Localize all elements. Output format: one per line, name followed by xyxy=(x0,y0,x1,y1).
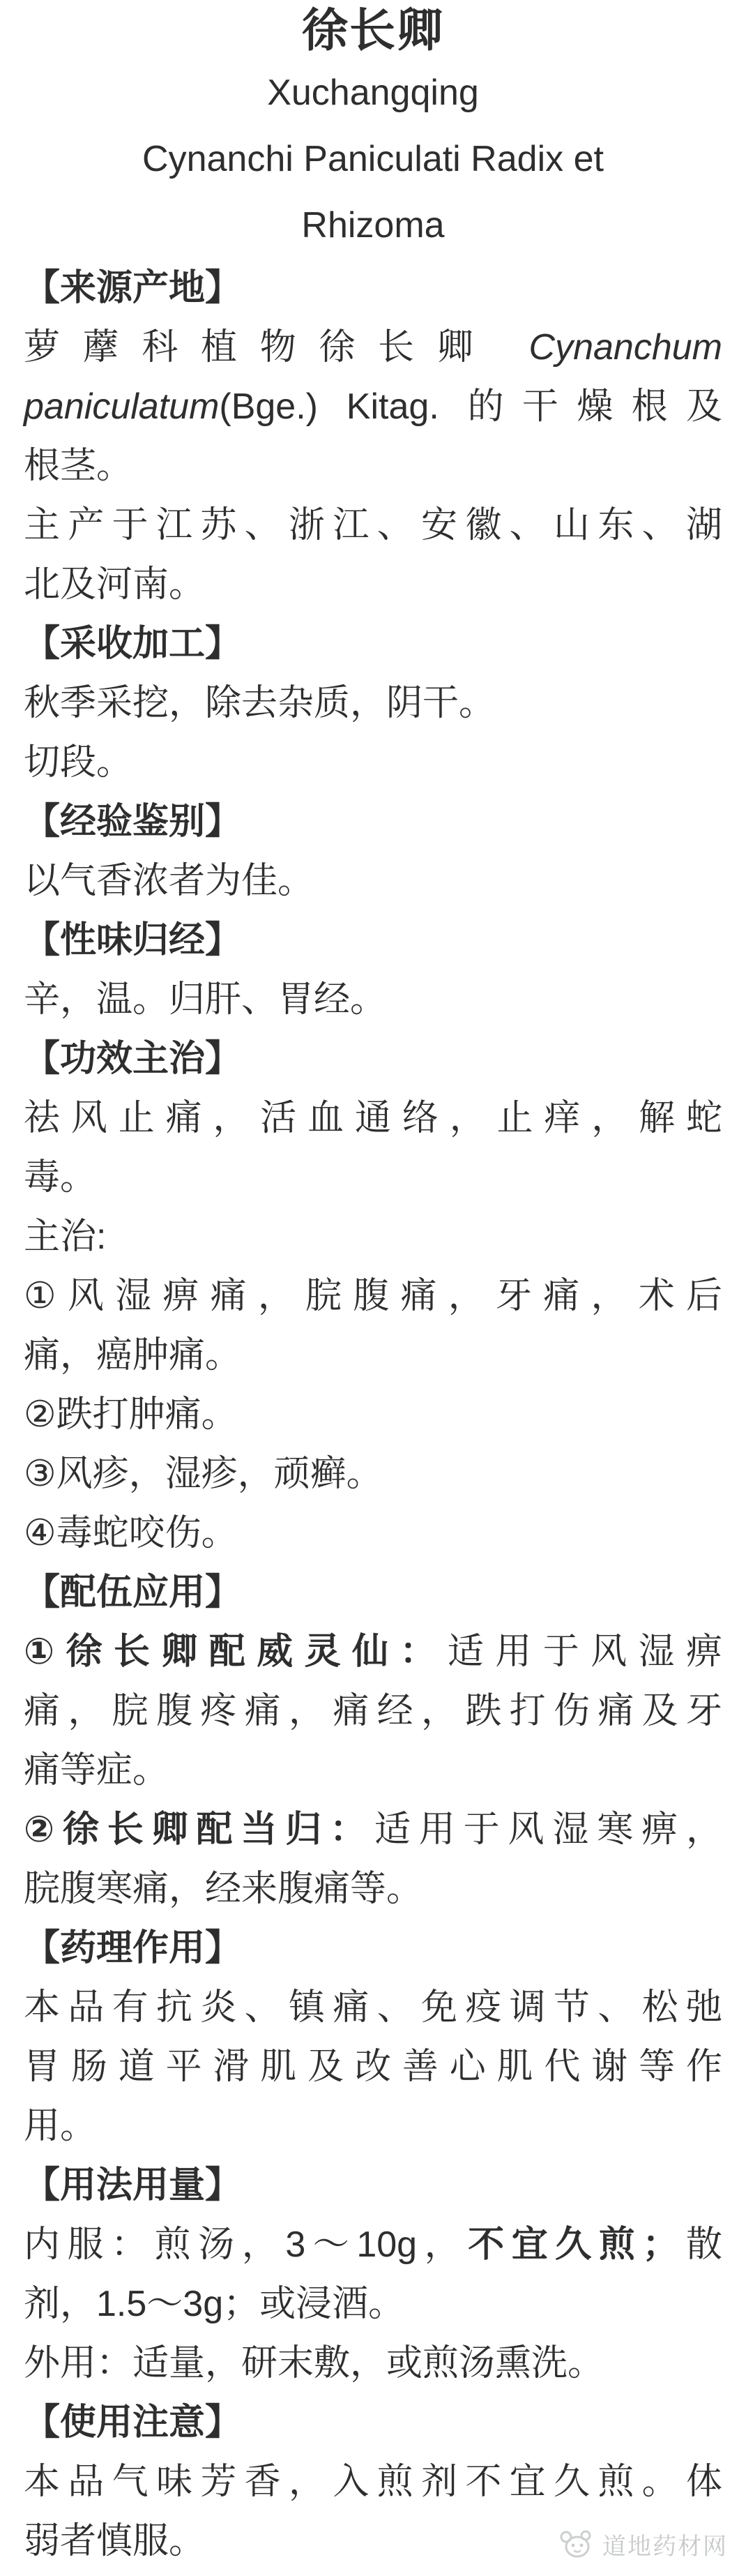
text-line: 痛等症。 xyxy=(24,1741,722,1800)
text-segment: 切段。 xyxy=(24,742,132,783)
document-page: 徐长卿 Xuchangqing Cynanchi Paniculati Radi… xyxy=(0,0,746,2576)
text-segment: 外用：适量，研末敷，或煎汤熏洗。 xyxy=(24,2343,604,2383)
text-segment: 内服：煎汤，3～10g， xyxy=(24,2224,468,2265)
bold-text-segment: 【功效主治】 xyxy=(24,1039,241,1079)
text-segment: 辛，温。归肝、胃经。 xyxy=(24,979,386,1020)
text-line: ②徐长卿配当归：适用于风湿寒痹， xyxy=(24,1800,722,1860)
text-line: 【性味归经】 xyxy=(24,911,722,970)
text-line: 祛风止痛，活血通络，止痒，解蛇 xyxy=(24,1089,722,1148)
text-line: 根茎。 xyxy=(24,437,722,496)
text-line: 痛，脘腹疼痛，痛经，跌打伤痛及牙 xyxy=(24,1682,722,1741)
italic-text-segment: paniculatum xyxy=(24,386,219,427)
text-segment: 剂，1.5～3g；或浸酒。 xyxy=(24,2284,404,2324)
text-line: 【功效主治】 xyxy=(24,1030,722,1089)
page-title: 徐长卿 xyxy=(24,0,722,60)
text-line: 主产于江苏、浙江、安徽、山东、湖 xyxy=(24,496,722,555)
text-line: ①徐长卿配威灵仙：适用于风湿痹 xyxy=(24,1622,722,1682)
watermark-text: 道地药材网 xyxy=(602,2527,728,2561)
text-line: 脘腹寒痛，经来腹痛等。 xyxy=(24,1860,722,1919)
text-line: 以气香浓者为佳。 xyxy=(24,852,722,911)
bold-text-segment: ②徐长卿配当归： xyxy=(24,1809,374,1850)
text-segment: 毒。 xyxy=(24,1157,96,1198)
text-line: ①风湿痹痛，脘腹痛，牙痛，术后 xyxy=(24,1267,722,1326)
latin-name-line-2: Rhizoma xyxy=(24,193,722,259)
text-line: 内服：煎汤，3～10g，不宜久煎；散 xyxy=(24,2215,722,2275)
text-line: 胃肠道平滑肌及改善心肌代谢等作 xyxy=(24,2038,722,2097)
text-segment: 北及河南。 xyxy=(24,564,205,605)
text-line: 【来源产地】 xyxy=(24,259,722,318)
bold-text-segment: 【经验鉴别】 xyxy=(24,801,241,842)
text-segment: (Bge.) Kitag. 的干燥根及 xyxy=(219,386,722,427)
text-segment: ②跌打肿痛。 xyxy=(24,1394,238,1435)
text-segment: 主产于江苏、浙江、安徽、山东、湖 xyxy=(24,505,722,545)
text-line: 痛，癌肿痛。 xyxy=(24,1326,722,1385)
text-segment: 适用于风湿痹 xyxy=(448,1632,722,1672)
text-line: 【药理作用】 xyxy=(24,1919,722,1978)
text-line: 【配伍应用】 xyxy=(24,1563,722,1622)
text-segment: 用。 xyxy=(24,2106,96,2146)
text-segment: 祛风止痛，活血通络，止痒，解蛇 xyxy=(24,1098,722,1138)
text-segment: 秋季采挖，除去杂质，阴干。 xyxy=(24,683,495,723)
text-line: 辛，温。归肝、胃经。 xyxy=(24,970,722,1030)
bold-text-segment: 【使用注意】 xyxy=(24,2402,241,2443)
text-line: 外用：适量，研末敷，或煎汤熏洗。 xyxy=(24,2334,722,2393)
text-line: 主治: xyxy=(24,1207,722,1267)
text-segment: 萝藦科植物徐长卿 xyxy=(24,327,529,368)
text-line: 萝藦科植物徐长卿 Cynanchum xyxy=(24,318,722,377)
text-segment: ①风湿痹痛，脘腹痛，牙痛，术后 xyxy=(24,1276,722,1316)
italic-text-segment: Cynanchum xyxy=(529,327,722,368)
text-segment: 根茎。 xyxy=(24,446,132,486)
text-line: 【用法用量】 xyxy=(24,2156,722,2215)
latin-name-line-1: Cynanchi Paniculati Radix et xyxy=(24,126,722,193)
text-line: ③风疹，湿疹，顽癣。 xyxy=(24,1445,722,1504)
text-segment: ④毒蛇咬伤。 xyxy=(24,1513,238,1553)
text-line: ②跌打肿痛。 xyxy=(24,1385,722,1445)
text-line: ④毒蛇咬伤。 xyxy=(24,1504,722,1563)
bold-text-segment: ①徐长卿配威灵仙： xyxy=(24,1632,448,1672)
text-line: 【经验鉴别】 xyxy=(24,792,722,852)
bold-text-segment: 【采收加工】 xyxy=(24,624,241,664)
text-line: paniculatum(Bge.) Kitag. 的干燥根及 xyxy=(24,377,722,437)
text-line: 【使用注意】 xyxy=(24,2393,722,2453)
text-segment: 弱者慎服。 xyxy=(24,2521,205,2561)
bold-text-segment: 不宜久煎； xyxy=(468,2224,678,2265)
bold-text-segment: 【用法用量】 xyxy=(24,2165,241,2206)
text-segment: 主治: xyxy=(24,1217,106,1257)
bold-text-segment: 【药理作用】 xyxy=(24,1928,241,1968)
pinyin-name: Xuchangqing xyxy=(24,60,722,126)
text-segment: 痛等症。 xyxy=(24,1750,169,1791)
text-line: 用。 xyxy=(24,2097,722,2156)
article-body: 【来源产地】萝藦科植物徐长卿 Cynanchumpaniculatum(Bge.… xyxy=(24,259,722,2571)
text-segment: 痛，癌肿痛。 xyxy=(24,1335,241,1376)
text-line: 秋季采挖，除去杂质，阴干。 xyxy=(24,674,722,733)
panda-logo-icon xyxy=(559,2529,595,2559)
text-segment: ③风疹，湿疹，顽癣。 xyxy=(24,1454,383,1494)
text-segment: 胃肠道平滑肌及改善心肌代谢等作 xyxy=(24,2047,722,2087)
watermark: 道地药材网 xyxy=(559,2526,728,2561)
text-segment: 本品有抗炎、镇痛、免疫调节、松弛 xyxy=(24,1987,722,2028)
text-segment: 痛，脘腹疼痛，痛经，跌打伤痛及牙 xyxy=(24,1691,722,1731)
bold-text-segment: 【性味归经】 xyxy=(24,920,241,961)
text-segment: 散 xyxy=(678,2224,722,2265)
bold-text-segment: 【来源产地】 xyxy=(24,268,241,308)
text-line: 北及河南。 xyxy=(24,555,722,615)
text-segment: 适用于风湿寒痹， xyxy=(374,1809,722,1850)
text-line: 剂，1.5～3g；或浸酒。 xyxy=(24,2275,722,2334)
text-segment: 脘腹寒痛，经来腹痛等。 xyxy=(24,1869,423,1909)
text-line: 毒。 xyxy=(24,1148,722,1207)
text-line: 【采收加工】 xyxy=(24,615,722,674)
text-line: 本品有抗炎、镇痛、免疫调节、松弛 xyxy=(24,1978,722,2038)
text-line: 切段。 xyxy=(24,733,722,792)
bold-text-segment: 【配伍应用】 xyxy=(24,1572,241,1613)
text-line: 本品气味芳香，入煎剂不宜久煎。体 xyxy=(24,2453,722,2512)
text-segment: 本品气味芳香，入煎剂不宜久煎。体 xyxy=(24,2462,722,2502)
text-segment: 以气香浓者为佳。 xyxy=(24,861,314,901)
